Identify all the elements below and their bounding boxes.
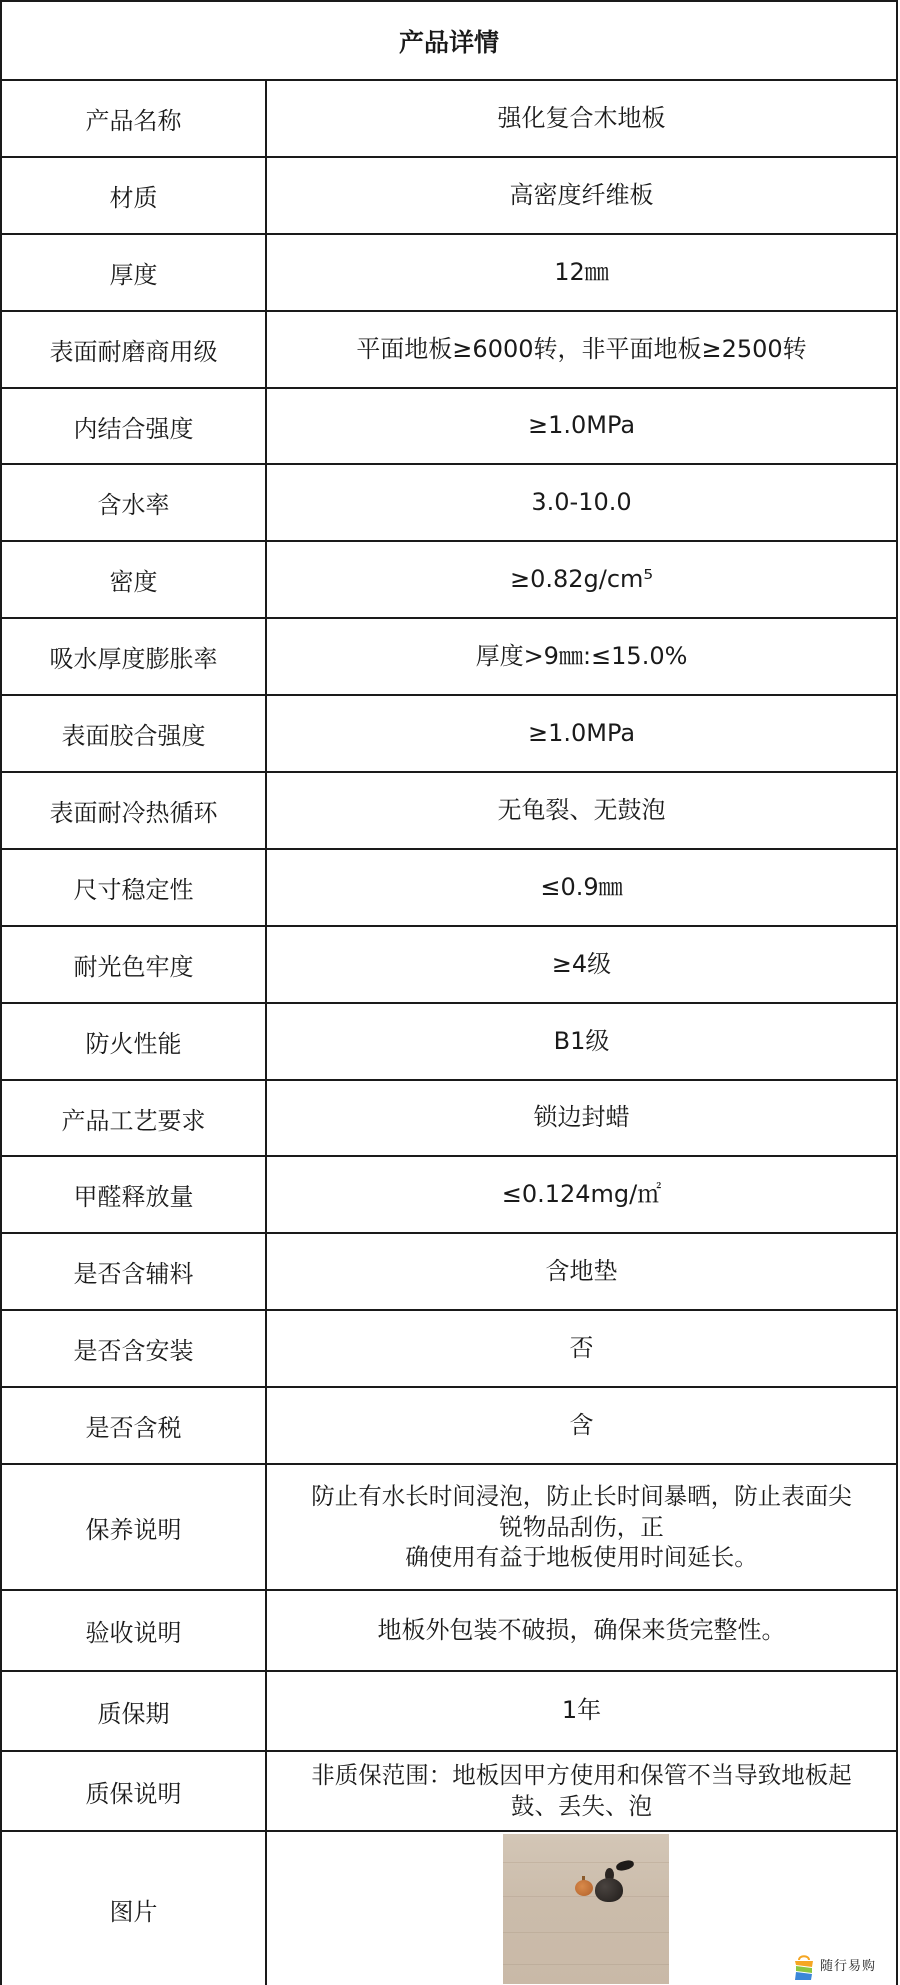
row-label: 产品工艺要求 bbox=[2, 1081, 267, 1156]
table-row: 材质 高密度纤维板 bbox=[2, 158, 896, 235]
row-value: 含 bbox=[267, 1388, 896, 1463]
table-row: 表面耐冷热循环 无龟裂、无鼓泡 bbox=[2, 773, 896, 850]
table-row: 是否含税 含 bbox=[2, 1388, 896, 1465]
row-value: 无龟裂、无鼓泡 bbox=[267, 773, 896, 848]
row-label: 含水率 bbox=[2, 465, 267, 540]
row-label: 保养说明 bbox=[2, 1465, 267, 1589]
row-label: 尺寸稳定性 bbox=[2, 850, 267, 925]
row-value: 锁边封蜡 bbox=[267, 1081, 896, 1156]
row-value: ≥4级 bbox=[267, 927, 896, 1002]
table-title: 产品详情 bbox=[2, 2, 896, 81]
shopping-bag-icon bbox=[792, 1953, 816, 1981]
row-value: ≥1.0MPa bbox=[267, 696, 896, 771]
row-value: 高密度纤维板 bbox=[267, 158, 896, 233]
table-row: 内结合强度 ≥1.0MPa bbox=[2, 389, 896, 466]
table-row: 产品名称 强化复合木地板 bbox=[2, 81, 896, 158]
row-label: 密度 bbox=[2, 542, 267, 617]
table-row: 是否含辅料 含地垫 bbox=[2, 1234, 896, 1311]
row-label: 表面胶合强度 bbox=[2, 696, 267, 771]
row-label: 是否含辅料 bbox=[2, 1234, 267, 1309]
table-row: 质保说明 非质保范围：地板因甲方使用和保管不当导致地板起 鼓、丢失、泡 bbox=[2, 1752, 896, 1832]
row-label: 质保说明 bbox=[2, 1752, 267, 1830]
table-row: 产品工艺要求 锁边封蜡 bbox=[2, 1081, 896, 1158]
row-value: 3.0-10.0 bbox=[267, 465, 896, 540]
table-row: 图片 bbox=[2, 1832, 896, 1985]
row-value: 防止有水长时间浸泡，防止长时间暴晒，防止表面尖 锐物品刮伤，正 确使用有益于地板… bbox=[267, 1465, 896, 1589]
picture-cell: 随行易购 bbox=[267, 1832, 896, 1985]
row-value: 平面地板≥6000转，非平面地板≥2500转 bbox=[267, 312, 896, 387]
table-row: 含水率 3.0-10.0 bbox=[2, 465, 896, 542]
row-label: 内结合强度 bbox=[2, 389, 267, 464]
watermark-text: 随行易购 bbox=[820, 1959, 876, 1976]
table-row: 表面胶合强度 ≥1.0MPa bbox=[2, 696, 896, 773]
table-row: 厚度 12㎜ bbox=[2, 235, 896, 312]
row-label: 是否含安装 bbox=[2, 1311, 267, 1386]
row-label: 防火性能 bbox=[2, 1004, 267, 1079]
row-label: 产品名称 bbox=[2, 81, 267, 156]
table-row: 耐光色牢度 ≥4级 bbox=[2, 927, 896, 1004]
table-row: 验收说明 地板外包装不破损，确保来货完整性。 bbox=[2, 1591, 896, 1672]
row-label: 厚度 bbox=[2, 235, 267, 310]
table-row: 尺寸稳定性 ≤0.9㎜ bbox=[2, 850, 896, 927]
row-label: 表面耐冷热循环 bbox=[2, 773, 267, 848]
row-value: ≥1.0MPa bbox=[267, 389, 896, 464]
row-label: 图片 bbox=[2, 1832, 267, 1985]
table-row: 吸水厚度膨胀率 厚度>9㎜:≤15.0% bbox=[2, 619, 896, 696]
product-photo bbox=[503, 1834, 669, 1984]
row-value: 含地垫 bbox=[267, 1234, 896, 1309]
row-value: B1级 bbox=[267, 1004, 896, 1079]
row-value: 否 bbox=[267, 1311, 896, 1386]
row-value: ≥0.82g/cm⁵ bbox=[267, 542, 896, 617]
row-label: 质保期 bbox=[2, 1672, 267, 1750]
table-row: 甲醛释放量 ≤0.124mg/㎡ bbox=[2, 1157, 896, 1234]
row-label: 表面耐磨商用级 bbox=[2, 312, 267, 387]
row-label: 材质 bbox=[2, 158, 267, 233]
row-value: 1年 bbox=[267, 1672, 896, 1750]
row-value: 厚度>9㎜:≤15.0% bbox=[267, 619, 896, 694]
row-label: 吸水厚度膨胀率 bbox=[2, 619, 267, 694]
watermark-logo: 随行易购 bbox=[792, 1953, 876, 1981]
product-details-table: 产品详情 产品名称 强化复合木地板 材质 高密度纤维板 厚度 12㎜ 表面耐磨商… bbox=[0, 0, 898, 1985]
row-value: 非质保范围：地板因甲方使用和保管不当导致地板起 鼓、丢失、泡 bbox=[267, 1752, 896, 1830]
table-row: 防火性能 B1级 bbox=[2, 1004, 896, 1081]
row-label: 验收说明 bbox=[2, 1591, 267, 1670]
row-value: 地板外包装不破损，确保来货完整性。 bbox=[267, 1591, 896, 1670]
table-row: 表面耐磨商用级 平面地板≥6000转，非平面地板≥2500转 bbox=[2, 312, 896, 389]
row-value: ≤0.124mg/㎡ bbox=[267, 1157, 896, 1232]
row-label: 甲醛释放量 bbox=[2, 1157, 267, 1232]
row-label: 耐光色牢度 bbox=[2, 927, 267, 1002]
row-value: 12㎜ bbox=[267, 235, 896, 310]
table-row: 密度 ≥0.82g/cm⁵ bbox=[2, 542, 896, 619]
table-row: 是否含安装 否 bbox=[2, 1311, 896, 1388]
table-row: 质保期 1年 bbox=[2, 1672, 896, 1752]
table-row: 保养说明 防止有水长时间浸泡，防止长时间暴晒，防止表面尖 锐物品刮伤，正 确使用… bbox=[2, 1465, 896, 1591]
row-value: ≤0.9㎜ bbox=[267, 850, 896, 925]
row-label: 是否含税 bbox=[2, 1388, 267, 1463]
row-value: 强化复合木地板 bbox=[267, 81, 896, 156]
